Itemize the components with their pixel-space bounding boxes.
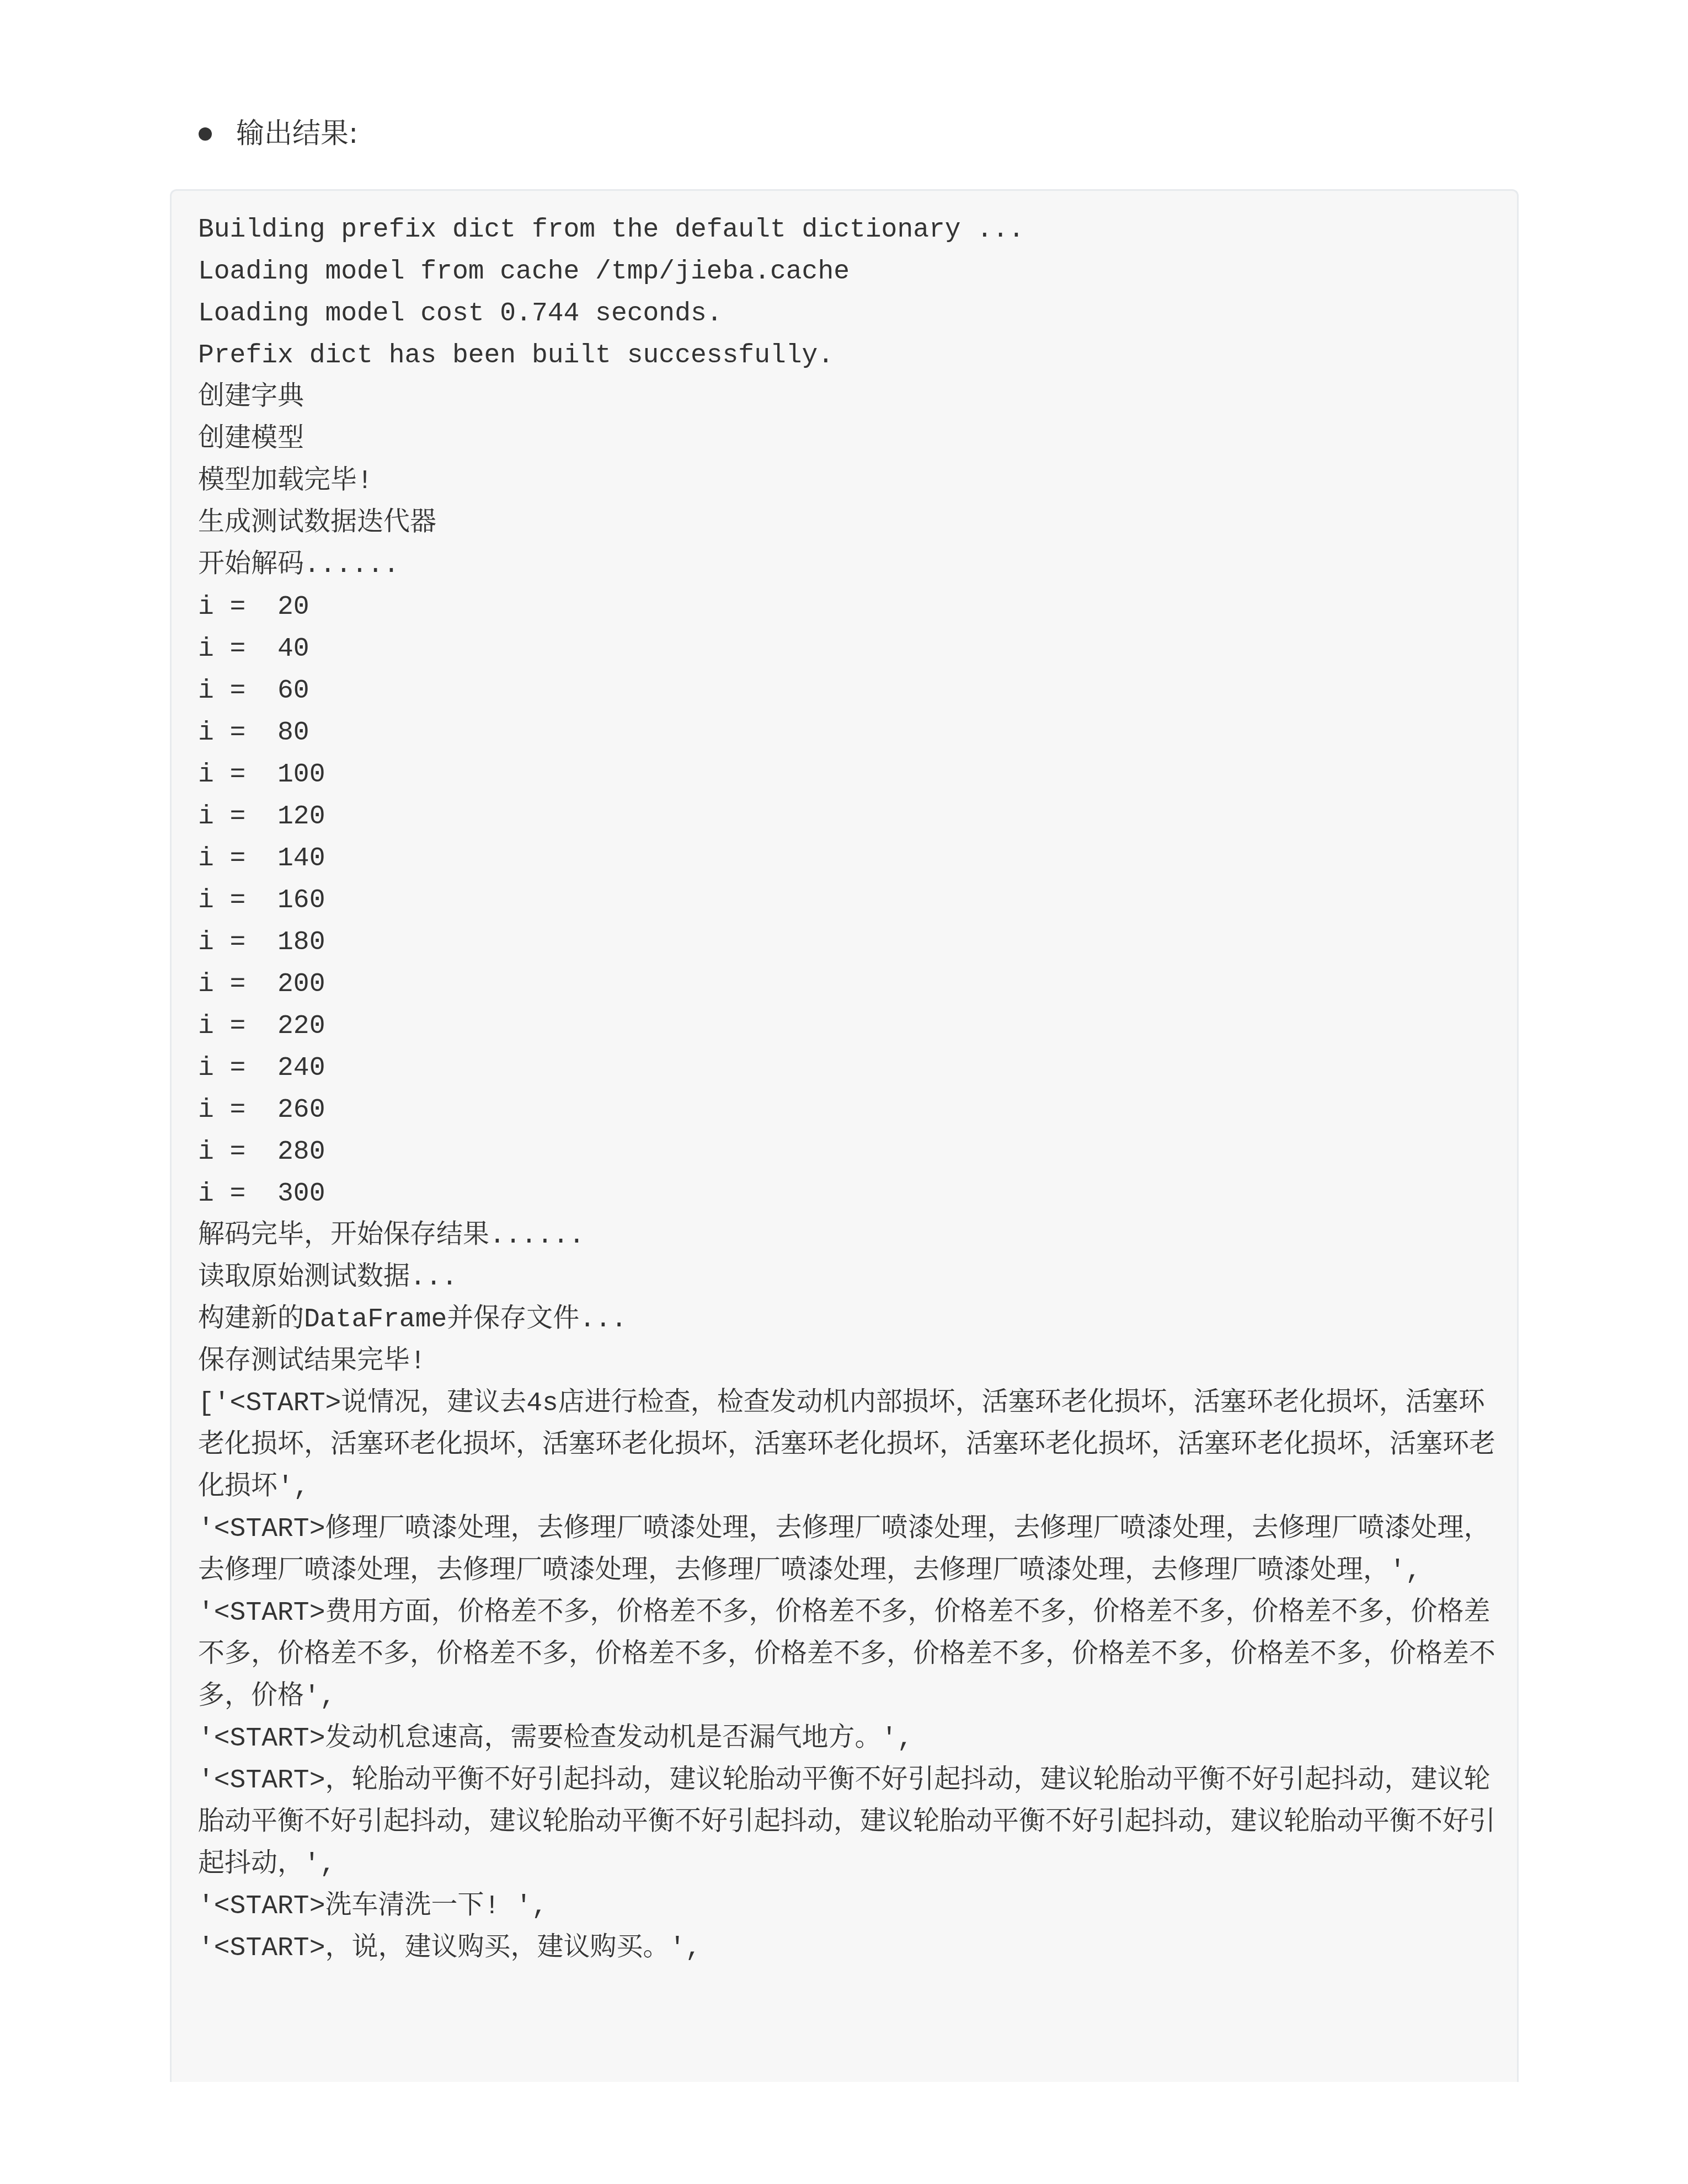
code-line: i = 280	[198, 1131, 1491, 1173]
code-line: 胎动平衡不好引起抖动，建议轮胎动平衡不好引起抖动，建议轮胎动平衡不好引起抖动，建…	[198, 1802, 1491, 1844]
code-line: '<START>，轮胎动平衡不好引起抖动，建议轮胎动平衡不好引起抖动，建议轮胎动…	[198, 1760, 1491, 1802]
code-line: i = 200	[198, 963, 1491, 1005]
code-line: 不多，价格差不多，价格差不多，价格差不多，价格差不多，价格差不多，价格差不多，价…	[198, 1634, 1491, 1676]
code-line: 读取原始测试数据...	[198, 1257, 1491, 1299]
code-line: i = 160	[198, 880, 1491, 922]
code-line: i = 300	[198, 1173, 1491, 1215]
code-line: 生成测试数据迭代器	[198, 502, 1491, 544]
bullet-dot-icon	[199, 127, 212, 141]
code-line: i = 100	[198, 754, 1491, 796]
code-line: i = 260	[198, 1089, 1491, 1131]
code-line: 创建模型	[198, 419, 1491, 461]
code-line: '<START>，说，建议购买，建议购买。',	[198, 1928, 1491, 1969]
code-line: '<START>发动机怠速高，需要检查发动机是否漏气地方。',	[198, 1718, 1491, 1760]
code-line: i = 60	[198, 670, 1491, 712]
code-line: 构建新的DataFrame并保存文件...	[198, 1299, 1491, 1341]
output-result-label: 输出结果:	[236, 114, 358, 154]
code-line: i = 220	[198, 1005, 1491, 1047]
code-line: i = 120	[198, 796, 1491, 838]
code-line: Building prefix dict from the default di…	[198, 209, 1491, 251]
code-line: 保存测试结果完毕!	[198, 1341, 1491, 1383]
code-line: 去修理厂喷漆处理，去修理厂喷漆处理，去修理厂喷漆处理，去修理厂喷漆处理，去修理厂…	[198, 1550, 1491, 1592]
code-line: 解码完毕，开始保存结果......	[198, 1215, 1491, 1257]
code-line: '<START>洗车清洗一下! ',	[198, 1886, 1491, 1928]
code-line: 创建字典	[198, 377, 1491, 419]
code-line: Loading model from cache /tmp/jieba.cach…	[198, 251, 1491, 293]
code-line: i = 240	[198, 1047, 1491, 1089]
code-line: i = 20	[198, 586, 1491, 628]
code-line: 化损坏',	[198, 1466, 1491, 1508]
code-line: ['<START>说情况，建议去4s店进行检查，检查发动机内部损坏，活塞环老化损…	[198, 1383, 1491, 1425]
code-line: 起抖动，',	[198, 1844, 1491, 1886]
code-line: 老化损坏，活塞环老化损坏，活塞环老化损坏，活塞环老化损坏，活塞环老化损坏，活塞环…	[198, 1425, 1491, 1466]
code-line: 模型加载完毕!	[198, 461, 1491, 502]
code-line: 开始解码......	[198, 544, 1491, 586]
code-line: 多，价格',	[198, 1676, 1491, 1718]
code-line: '<START>费用方面，价格差不多，价格差不多，价格差不多，价格差不多，价格差…	[198, 1592, 1491, 1634]
code-line: Loading model cost 0.744 seconds.	[198, 293, 1491, 335]
code-line: '<START>修理厂喷漆处理，去修理厂喷漆处理，去修理厂喷漆处理，去修理厂喷漆…	[198, 1508, 1491, 1550]
code-line: i = 140	[198, 838, 1491, 880]
code-line: i = 80	[198, 712, 1491, 754]
code-line: i = 180	[198, 922, 1491, 963]
code-line: Prefix dict has been built successfully.	[198, 335, 1491, 377]
console-output-block: Building prefix dict from the default di…	[170, 189, 1519, 2082]
code-line: i = 40	[198, 628, 1491, 670]
output-result-list-item: 输出结果:	[199, 114, 358, 154]
